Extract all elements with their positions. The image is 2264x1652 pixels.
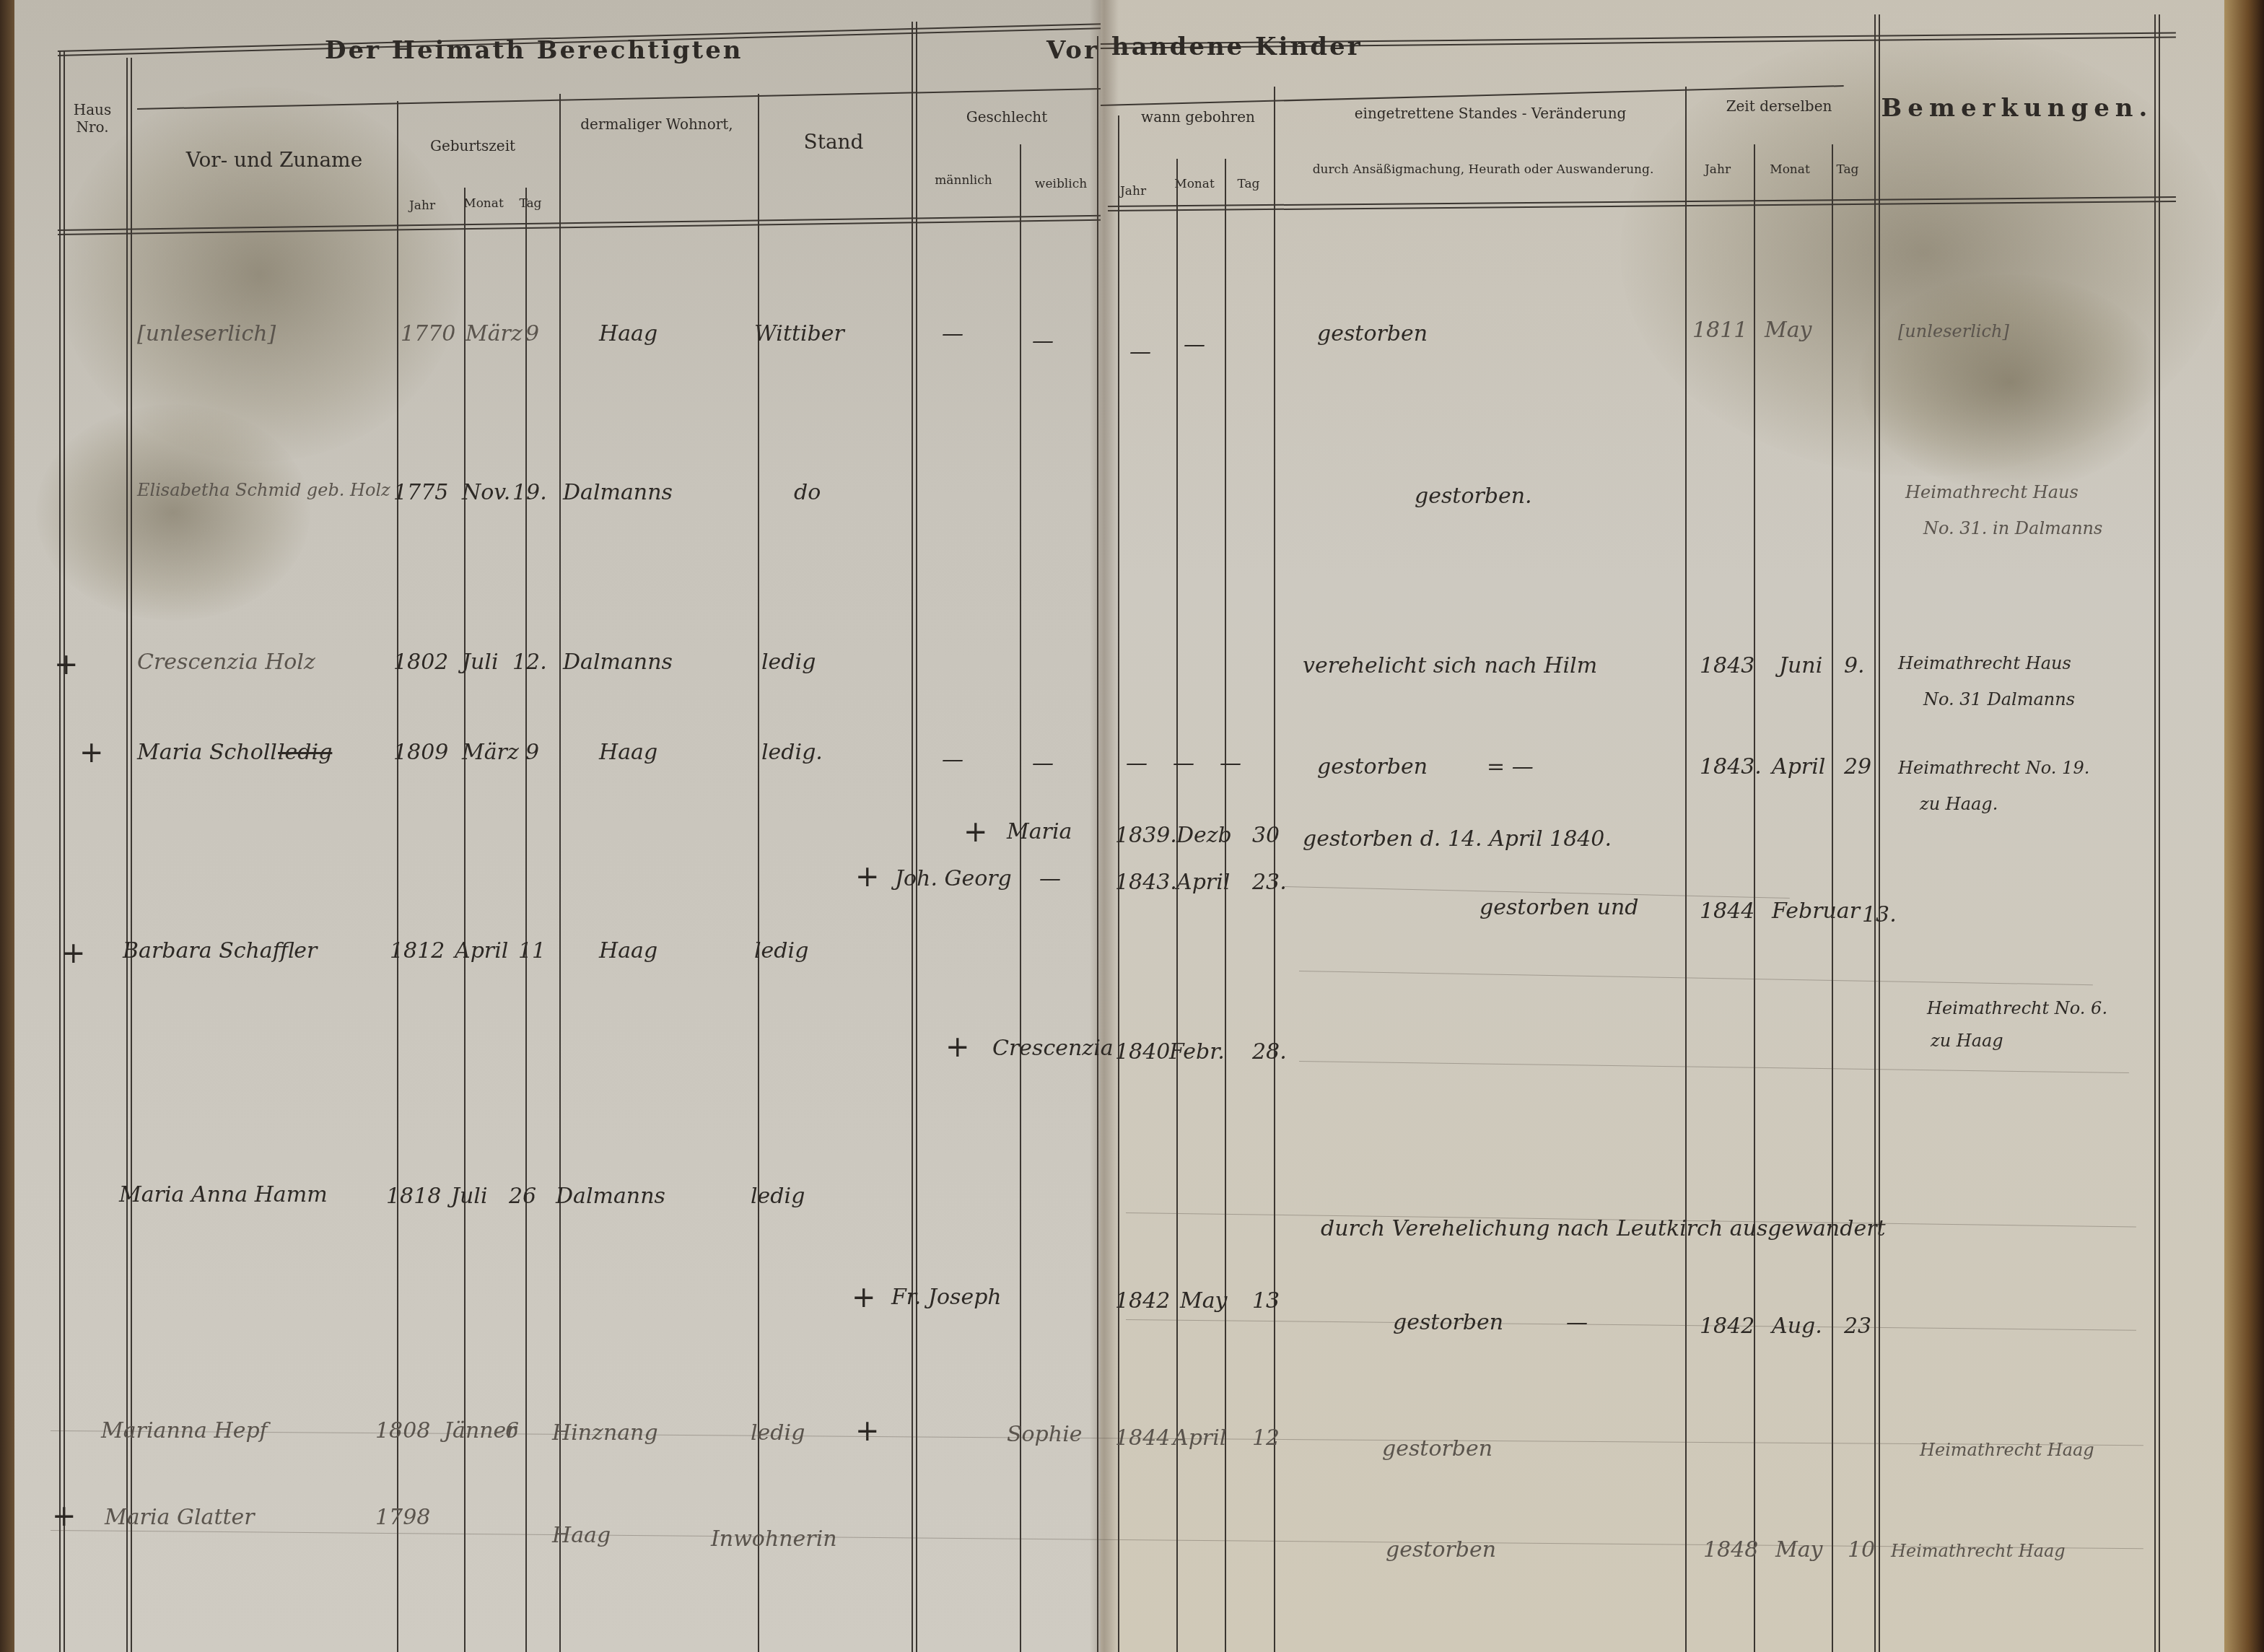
entry-birth-month: Juli	[462, 650, 499, 675]
entry-birth-year: 1809	[393, 740, 448, 765]
entry-name: Barbara Schaffler	[123, 938, 317, 963]
entry-remark: Heimathrecht Haus	[1905, 482, 2079, 502]
entry-change-day: 13.	[1862, 902, 1897, 927]
col-header-kind-monat: Monat	[1166, 177, 1223, 191]
entry-remark: Heimathrecht Haag	[1891, 1541, 2066, 1561]
deceased-cross-icon: +	[945, 1031, 970, 1064]
entry-status: ledig	[761, 650, 816, 675]
col-rule	[912, 22, 917, 1652]
entry-remark-line2: zu Haag	[1931, 1031, 2003, 1051]
entry-remark: Heimathrecht Haag	[1920, 1440, 2094, 1460]
entry-status: ledig	[754, 938, 808, 963]
entry-status: do	[794, 480, 821, 505]
entry-birth-month: Nov.	[462, 480, 510, 505]
entry-birth-day: 9	[525, 740, 539, 765]
entry-male: —	[942, 747, 963, 772]
entry-residence: Dalmanns	[556, 1184, 665, 1209]
entry-remark: Heimathrecht No. 6.	[1927, 998, 2107, 1018]
entry-child-day: 30	[1252, 823, 1280, 848]
entry-birth-year: 1798	[375, 1505, 430, 1530]
book-spine	[1090, 0, 1119, 1652]
col-rule	[525, 188, 527, 1652]
entry-residence: Haag	[599, 321, 657, 346]
col-header-zeit-monat: Monat	[1754, 162, 1826, 177]
entry-change-tail: —	[1566, 1310, 1588, 1335]
col-header-geburtszeit: Geburtszeit	[397, 137, 548, 154]
col-header-bemerkungen: Bemerkungen.	[1880, 94, 2154, 123]
entry-change-year: 1843.	[1700, 754, 1762, 779]
entry-status: ledig.	[761, 740, 823, 765]
entry-male: —	[942, 321, 963, 346]
entry-child-day: 28.	[1252, 1039, 1287, 1065]
entry-child-year: 1842	[1115, 1288, 1170, 1314]
entry-child-year: 1843.	[1115, 870, 1177, 895]
entry-name: Maria Glatter	[105, 1505, 255, 1530]
entry-birth-year: 1770	[401, 321, 455, 346]
entry-birth-day: 12.	[512, 650, 547, 675]
col-header-wohnort: dermaliger Wohnort,	[563, 115, 751, 133]
col-rule	[559, 94, 561, 1652]
col-header-veraenderung: eingetrettene Standes - Veränderung	[1295, 105, 1685, 122]
entry-remark-line2: zu Haag.	[1920, 794, 1998, 814]
entry-child-year: —	[1129, 339, 1151, 364]
entry-child-month: Dezb	[1176, 823, 1232, 848]
entry-residence: Haag	[599, 938, 657, 963]
entry-remark: Heimathrecht Haus	[1898, 653, 2071, 673]
col-rule	[126, 58, 132, 1652]
entry-status: Inwohnerin	[711, 1526, 837, 1552]
entry-child-year: 1840	[1115, 1039, 1170, 1065]
entry-remark: Heimathrecht No. 19.	[1898, 758, 2089, 778]
entry-status: ledig	[751, 1420, 805, 1446]
entry-child-day: 23.	[1252, 870, 1287, 895]
entry-change-tail: = —	[1487, 754, 1534, 779]
entry-status: ledig	[751, 1184, 805, 1209]
entry-change-year: 1811	[1692, 318, 1747, 343]
entry-birth-month: März	[466, 321, 523, 346]
entry-name-struck: ledig	[278, 740, 332, 765]
col-header-wann-gebohren: wann gebohren	[1111, 108, 1285, 126]
child-name-male: Joh. Georg	[895, 866, 1012, 891]
col-header-geb-jahr: Jahr	[397, 198, 447, 213]
col-header-haus-nro: Haus Nro.	[56, 101, 128, 136]
entry-change: durch Verehelichung nach Leutkirch ausge…	[1321, 1216, 1886, 1241]
col-header-maennlich: männlich	[917, 173, 1010, 188]
col-header-zeit-tag: Tag	[1830, 162, 1866, 177]
book-edge	[2224, 0, 2264, 1652]
water-stain	[36, 404, 310, 621]
entry-remark-line2: No. 31 Dalmanns	[1923, 689, 2075, 709]
entry-birth-day: 9	[525, 321, 539, 346]
deceased-cross-icon: +	[79, 736, 104, 769]
col-header-zeit: Zeit derselben	[1685, 97, 1873, 115]
entry-residence: Haag	[599, 740, 657, 765]
entry-remark-line2: No. 31. in Dalmanns	[1923, 518, 2102, 538]
water-stain	[1858, 274, 2162, 491]
entry-birth-month: April	[455, 938, 508, 963]
col-header-zeit-jahr: Jahr	[1689, 162, 1747, 177]
entry-child-day: —	[1220, 751, 1241, 776]
entry-residence: Dalmanns	[563, 480, 673, 505]
entry-change-day: 29	[1844, 754, 1871, 779]
child-name-female: Maria	[1007, 819, 1072, 844]
entry-birth-day: 26	[509, 1184, 536, 1209]
entry-change-month: May	[1775, 1537, 1823, 1563]
deceased-cross-icon: +	[852, 1281, 876, 1314]
entry-child-month: May	[1180, 1288, 1228, 1314]
entry-name: Crescenzia Holz	[137, 650, 315, 675]
child-name-male: Fr. Joseph	[891, 1285, 1002, 1310]
entry-child-month: —	[1173, 751, 1194, 776]
deceased-cross-icon: +	[855, 860, 880, 893]
entry-birth-year: 1808	[375, 1418, 430, 1443]
col-rule	[59, 51, 65, 1652]
entry-residence: Hinznang	[552, 1420, 658, 1446]
open-register-book: Der Heimath Berechtigten Haus Nro. Vor- …	[0, 0, 2264, 1652]
entry-change-year: 1848	[1703, 1537, 1758, 1563]
entry-female: —	[1032, 751, 1054, 776]
entry-change-month: Februar	[1772, 899, 1860, 924]
entry-birth-month: März	[462, 740, 519, 765]
entry-birth-year: 1812	[390, 938, 445, 963]
entry-birth-day: 6	[505, 1418, 519, 1443]
entry-change: gestorben d. 14. April 1840.	[1303, 826, 1612, 852]
entry-child-year: —	[1126, 751, 1148, 776]
entry-change-year: 1843	[1700, 653, 1754, 678]
entry-child-year: 1839.	[1115, 823, 1177, 848]
entry-name: [unleserlich]	[137, 321, 276, 346]
entry-change-year: 1844	[1700, 899, 1754, 924]
entry-change: gestorben.	[1415, 484, 1532, 509]
deceased-cross-icon: +	[963, 816, 988, 849]
entry-status: Wittiber	[754, 321, 844, 346]
entry-birth-month: Juli	[451, 1184, 488, 1209]
entry-child-day: 12	[1252, 1425, 1280, 1451]
col-header-geb-tag: Tag	[516, 196, 545, 211]
deceased-cross-icon: +	[54, 648, 79, 681]
left-page: Der Heimath Berechtigten Haus Nro. Vor- …	[14, 0, 1115, 1652]
entry-name: Maria Anna Hamm	[119, 1182, 328, 1207]
entry-name: Maria Scholl	[137, 740, 277, 765]
entry-birth-year: 1802	[393, 650, 448, 675]
entry-child-month: —	[1184, 332, 1205, 357]
col-rule	[2154, 14, 2160, 1652]
col-header-geb-monat: Monat	[455, 196, 512, 211]
entry-birth-year: 1818	[386, 1184, 441, 1209]
entry-child-day: 13	[1252, 1288, 1280, 1314]
left-page-title: Der Heimath Berechtigten	[325, 36, 743, 65]
entry-change-month: May	[1765, 318, 1812, 343]
entry-female: —	[1032, 328, 1054, 354]
col-rule	[1874, 14, 1880, 1652]
entry-remark: [unleserlich]	[1898, 321, 2009, 341]
entry-change: verehelicht sich nach Hilm	[1303, 653, 1597, 678]
entry-birth-year: 1775	[393, 480, 448, 505]
child-name-female: Crescenzia	[992, 1036, 1114, 1061]
col-header-name: Vor- und Zuname	[144, 148, 404, 172]
cross-mark-icon: +	[855, 1415, 880, 1448]
entry-residence: Dalmanns	[563, 650, 673, 675]
entry-change-month: April	[1772, 754, 1825, 779]
entry-change-day: 10	[1848, 1537, 1875, 1563]
entry-child-month: Febr.	[1169, 1039, 1225, 1065]
entry-change: gestorben	[1386, 1537, 1496, 1563]
col-header-kind-tag: Tag	[1227, 177, 1270, 191]
entry-birth-day: 11	[518, 938, 546, 963]
deceased-cross-icon: +	[61, 937, 86, 970]
entry-female: —	[1039, 866, 1061, 891]
col-header-stand: Stand	[758, 130, 909, 154]
entry-name: Elisabetha Schmid geb. Holz	[137, 480, 390, 500]
entry-birth-day: 19.	[512, 480, 547, 505]
entry-child-month: April	[1176, 870, 1230, 895]
entry-change-day: 9.	[1844, 653, 1865, 678]
entry-change: gestorben	[1317, 321, 1428, 346]
entry-change: gestorben	[1317, 754, 1428, 779]
entry-change: gestorben und	[1480, 895, 1638, 920]
col-header-veraenderung-sub: durch Ansäßigmachung, Heurath oder Auswa…	[1310, 162, 1656, 177]
col-rule	[1685, 87, 1687, 1652]
col-header-geschlecht: Geschlecht	[917, 108, 1097, 126]
spread-title-right: handene Kinder	[1111, 32, 1363, 61]
child-name-female: Sophie	[1007, 1422, 1083, 1447]
entry-change-month: Juni	[1779, 653, 1822, 678]
deceased-cross-icon: +	[52, 1500, 77, 1533]
